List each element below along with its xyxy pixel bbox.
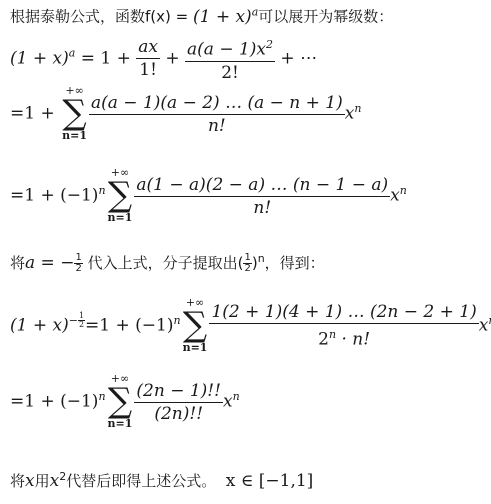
sigma-icon: +∞∑n=1 [183, 298, 208, 354]
domain-interval: x ∈ [−1,1] [226, 471, 314, 491]
conclusion-line: 将x用x2代替后即得上述公式。 x ∈ [−1,1] [10, 470, 313, 491]
intro-text: 根据泰勒公式，函数f(x) = [10, 8, 193, 26]
sigma-icon: +∞∑n=1 [108, 374, 133, 430]
series-line-signed: =1 + (−1)n+∞∑n=1a(1 − a)(2 − a) … (n − 1… [10, 168, 407, 224]
intro-text-after: 可以展开为幂级数： [258, 8, 393, 26]
sigma-icon: +∞∑n=1 [62, 86, 87, 142]
substitution-line: 将a = −12 代入上式，分子提取出(12)n，得到： [10, 252, 325, 274]
series-line-double-factorial: =1 + (−1)n+∞∑n=1(2n − 1)!!(2n)!!xn [10, 374, 240, 430]
sigma-icon: +∞∑n=1 [108, 168, 133, 224]
series-line-general: =1 + +∞∑n=1a(a − 1)(a − 2) … (a − n + 1)… [10, 86, 361, 142]
series-line-substituted: (1 + x)−12=1 + (−1)n+∞∑n=11(2 + 1)(4 + 1… [10, 298, 491, 354]
intro-expr: (1 + x)a [193, 7, 258, 27]
fraction-term-1: ax1! [136, 36, 160, 81]
intro-line: 根据泰勒公式，函数f(x) = (1 + x)a可以展开为幂级数： [10, 5, 393, 27]
fraction-term-2: a(a − 1)x22! [185, 34, 275, 84]
taylor-expansion-line: (1 + x)a = 1 + ax1! + a(a − 1)x22! + ⋯ [10, 34, 317, 84]
